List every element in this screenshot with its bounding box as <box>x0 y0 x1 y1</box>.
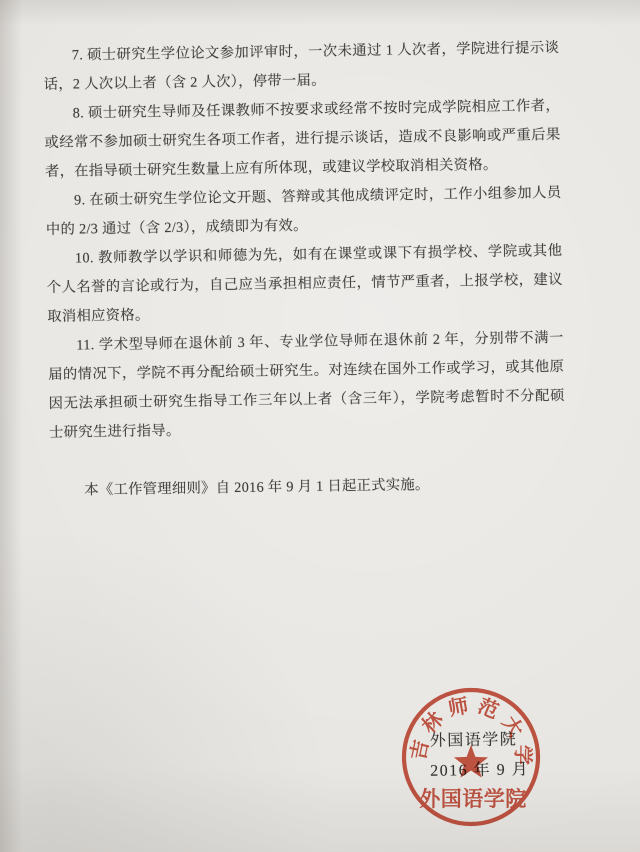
seal-star-icon <box>454 745 488 778</box>
effective-date-line: 本《工作管理细则》自 2016 年 9 月 1 日起正式实施。 <box>50 469 566 506</box>
official-seal: 吉林师范大学 外国语学院 <box>398 682 550 848</box>
policy-item-10: 10. 教师教学以学识和师德为先，如有在课堂或课下有损学校、学院或其他个人名誉的… <box>46 237 563 332</box>
document-body: 7. 硕士研究生学位论文参加评审时，一次未通过 1 人次者，学院进行提示谈话，2… <box>43 34 566 506</box>
policy-item-9: 9. 在硕士研究生学位论文开题、答辩或其他成绩评定时，工作小组参加人员中的 2/… <box>45 179 562 245</box>
policy-item-7: 7. 硕士研究生学位论文参加评审时，一次未通过 1 人次者，学院进行提示谈话，2… <box>43 34 560 100</box>
policy-item-8: 8. 硕士研究生导师及任课教师不按要求或经常不按时完成学院相应工作者，或经常不参… <box>44 92 561 187</box>
document-photo: 7. 硕士研究生学位论文参加评审时，一次未通过 1 人次者，学院进行提示谈话，2… <box>0 0 640 852</box>
policy-item-11: 11. 学术型导师在退休前 3 年、专业学位导师在退休前 2 年，分别带不满一届… <box>48 324 566 448</box>
seal-bottom-text: 外国语学院 <box>419 787 527 811</box>
